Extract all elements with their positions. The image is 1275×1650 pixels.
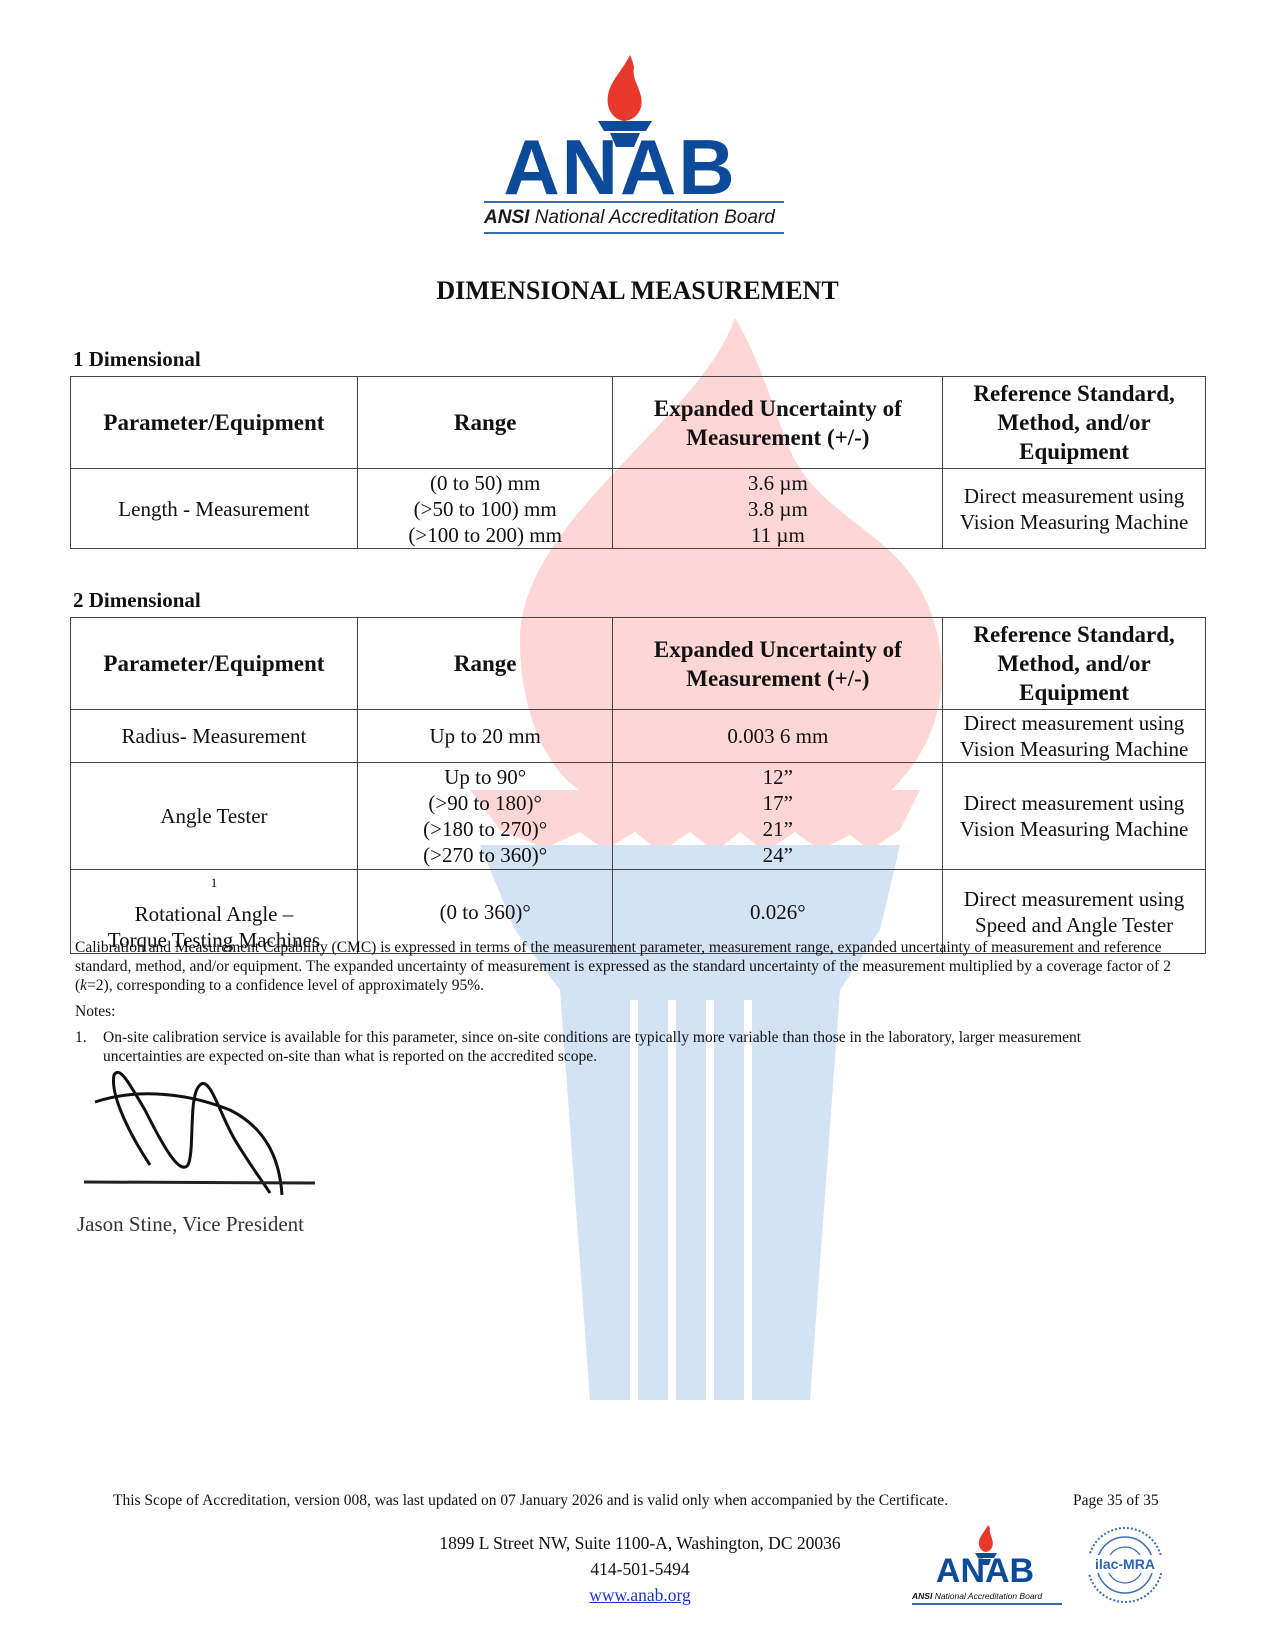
scope-table-2: Parameter/Equipment Range Expanded Uncer… xyxy=(70,617,1206,954)
page-number: Page 35 of 35 xyxy=(1073,1492,1159,1510)
signer-name: Jason Stine, Vice President xyxy=(77,1212,304,1237)
note-number: 1. xyxy=(75,1028,87,1047)
note-text: On-site calibration service is available… xyxy=(103,1028,1163,1066)
reference-line: Vision Measuring Machine xyxy=(947,736,1201,762)
cell-range: Up to 90° (>90 to 180)° (>180 to 270)° (… xyxy=(357,763,613,870)
page-title: DIMENSIONAL MEASUREMENT xyxy=(0,276,1275,306)
section-title-2: 2 Dimensional xyxy=(73,588,201,613)
header-uncertainty: Expanded Uncertainty of Measurement (+/-… xyxy=(613,618,943,710)
footer-anab-logo: ANAB ANSI National Accreditation Board xyxy=(910,1525,1070,1610)
cell-parameter: Angle Tester xyxy=(71,763,358,870)
range-value: (>100 to 200) mm xyxy=(362,522,609,548)
cell-reference: Direct measurement using Vision Measurin… xyxy=(943,469,1206,549)
header-reference: Reference Standard, Method, and/or Equip… xyxy=(943,377,1206,469)
reference-line: Direct measurement using xyxy=(947,886,1201,912)
uncertainty-value: 3.8 µm xyxy=(617,496,938,522)
reference-line: Vision Measuring Machine xyxy=(947,509,1201,535)
footer-address: 1899 L Street NW, Suite 1100-A, Washingt… xyxy=(400,1530,880,1556)
range-value: (>50 to 100) mm xyxy=(362,496,609,522)
footnote-marker: 1 xyxy=(211,875,218,890)
uncertainty-value: 3.6 µm xyxy=(617,470,938,496)
parameter-line-text: Rotational Angle – xyxy=(75,901,353,927)
uncertainty-value: 11 µm xyxy=(617,522,938,548)
signature-image xyxy=(70,1065,330,1195)
uncertainty-value: 24” xyxy=(617,842,938,868)
cell-uncertainty: 12” 17” 21” 24” xyxy=(613,763,943,870)
section-title-1: 1 Dimensional xyxy=(73,347,201,372)
reference-line: Direct measurement using xyxy=(947,790,1201,816)
logo-prefix: ANSI xyxy=(912,1591,932,1601)
footer-statement: This Scope of Accreditation, version 008… xyxy=(113,1492,948,1510)
cell-range: Up to 20 mm xyxy=(357,710,613,763)
header-uncertainty: Expanded Uncertainty of Measurement (+/-… xyxy=(613,377,943,469)
parameter-line: 1 Rotational Angle – xyxy=(75,870,353,927)
range-value: (0 to 50) mm xyxy=(362,470,609,496)
scope-table-1: Parameter/Equipment Range Expanded Uncer… xyxy=(70,376,1206,549)
range-value: (>270 to 360)° xyxy=(362,842,609,868)
cmc-text-end: =2), corresponding to a confidence level… xyxy=(87,977,484,994)
reference-line: Speed and Angle Tester xyxy=(947,912,1201,938)
reference-line: Direct measurement using xyxy=(947,710,1201,736)
cmc-statement: Calibration and Measurement Capability (… xyxy=(75,938,1195,995)
footer-website-link[interactable]: www.anab.org xyxy=(589,1582,691,1608)
header-parameter: Parameter/Equipment xyxy=(71,377,358,469)
ilac-mra-logo: ilac-MRA xyxy=(1085,1525,1165,1605)
table-header-row: Parameter/Equipment Range Expanded Uncer… xyxy=(71,377,1206,469)
header-reference: Reference Standard, Method, and/or Equip… xyxy=(943,618,1206,710)
ilac-label: ilac-MRA xyxy=(1085,1555,1165,1573)
logo-tagline: ANSI National Accreditation Board xyxy=(484,201,784,234)
footer-phone: 414-501-5494 xyxy=(400,1556,880,1582)
footer-logo-tagline: ANSI National Accreditation Board xyxy=(912,1591,1062,1605)
range-value: (>90 to 180)° xyxy=(362,790,609,816)
range-value: Up to 90° xyxy=(362,764,609,790)
cell-parameter: Radius- Measurement xyxy=(71,710,358,763)
range-value: (>180 to 270)° xyxy=(362,816,609,842)
header-range: Range xyxy=(357,618,613,710)
cell-parameter: Length - Measurement xyxy=(71,469,358,549)
notes-label: Notes: xyxy=(75,1003,115,1021)
logo-wordmark: ANAB xyxy=(470,127,770,207)
anab-logo: ANAB ANSI National Accreditation Board xyxy=(470,55,810,235)
footer-address-block: 1899 L Street NW, Suite 1100-A, Washingt… xyxy=(400,1530,880,1608)
header-parameter: Parameter/Equipment xyxy=(71,618,358,710)
reference-line: Direct measurement using xyxy=(947,483,1201,509)
cell-reference: Direct measurement using Vision Measurin… xyxy=(943,763,1206,870)
table-row: Length - Measurement (0 to 50) mm (>50 t… xyxy=(71,469,1206,549)
table-row: Radius- Measurement Up to 20 mm 0.003 6 … xyxy=(71,710,1206,763)
cell-range: (0 to 50) mm (>50 to 100) mm (>100 to 20… xyxy=(357,469,613,549)
logo-tagline-text: National Accreditation Board xyxy=(535,207,775,228)
uncertainty-value: 21” xyxy=(617,816,938,842)
table-row: Angle Tester Up to 90° (>90 to 180)° (>1… xyxy=(71,763,1206,870)
header-range: Range xyxy=(357,377,613,469)
reference-line: Vision Measuring Machine xyxy=(947,816,1201,842)
uncertainty-value: 12” xyxy=(617,764,938,790)
cell-reference: Direct measurement using Vision Measurin… xyxy=(943,710,1206,763)
uncertainty-value: 17” xyxy=(617,790,938,816)
logo-prefix: ANSI xyxy=(484,207,529,228)
cell-uncertainty: 3.6 µm 3.8 µm 11 µm xyxy=(613,469,943,549)
cell-uncertainty: 0.003 6 mm xyxy=(613,710,943,763)
footer-logo-wordmark: ANAB xyxy=(910,1553,1060,1589)
logo-tagline-text: National Accreditation Board xyxy=(935,1591,1042,1601)
table-header-row: Parameter/Equipment Range Expanded Uncer… xyxy=(71,618,1206,710)
